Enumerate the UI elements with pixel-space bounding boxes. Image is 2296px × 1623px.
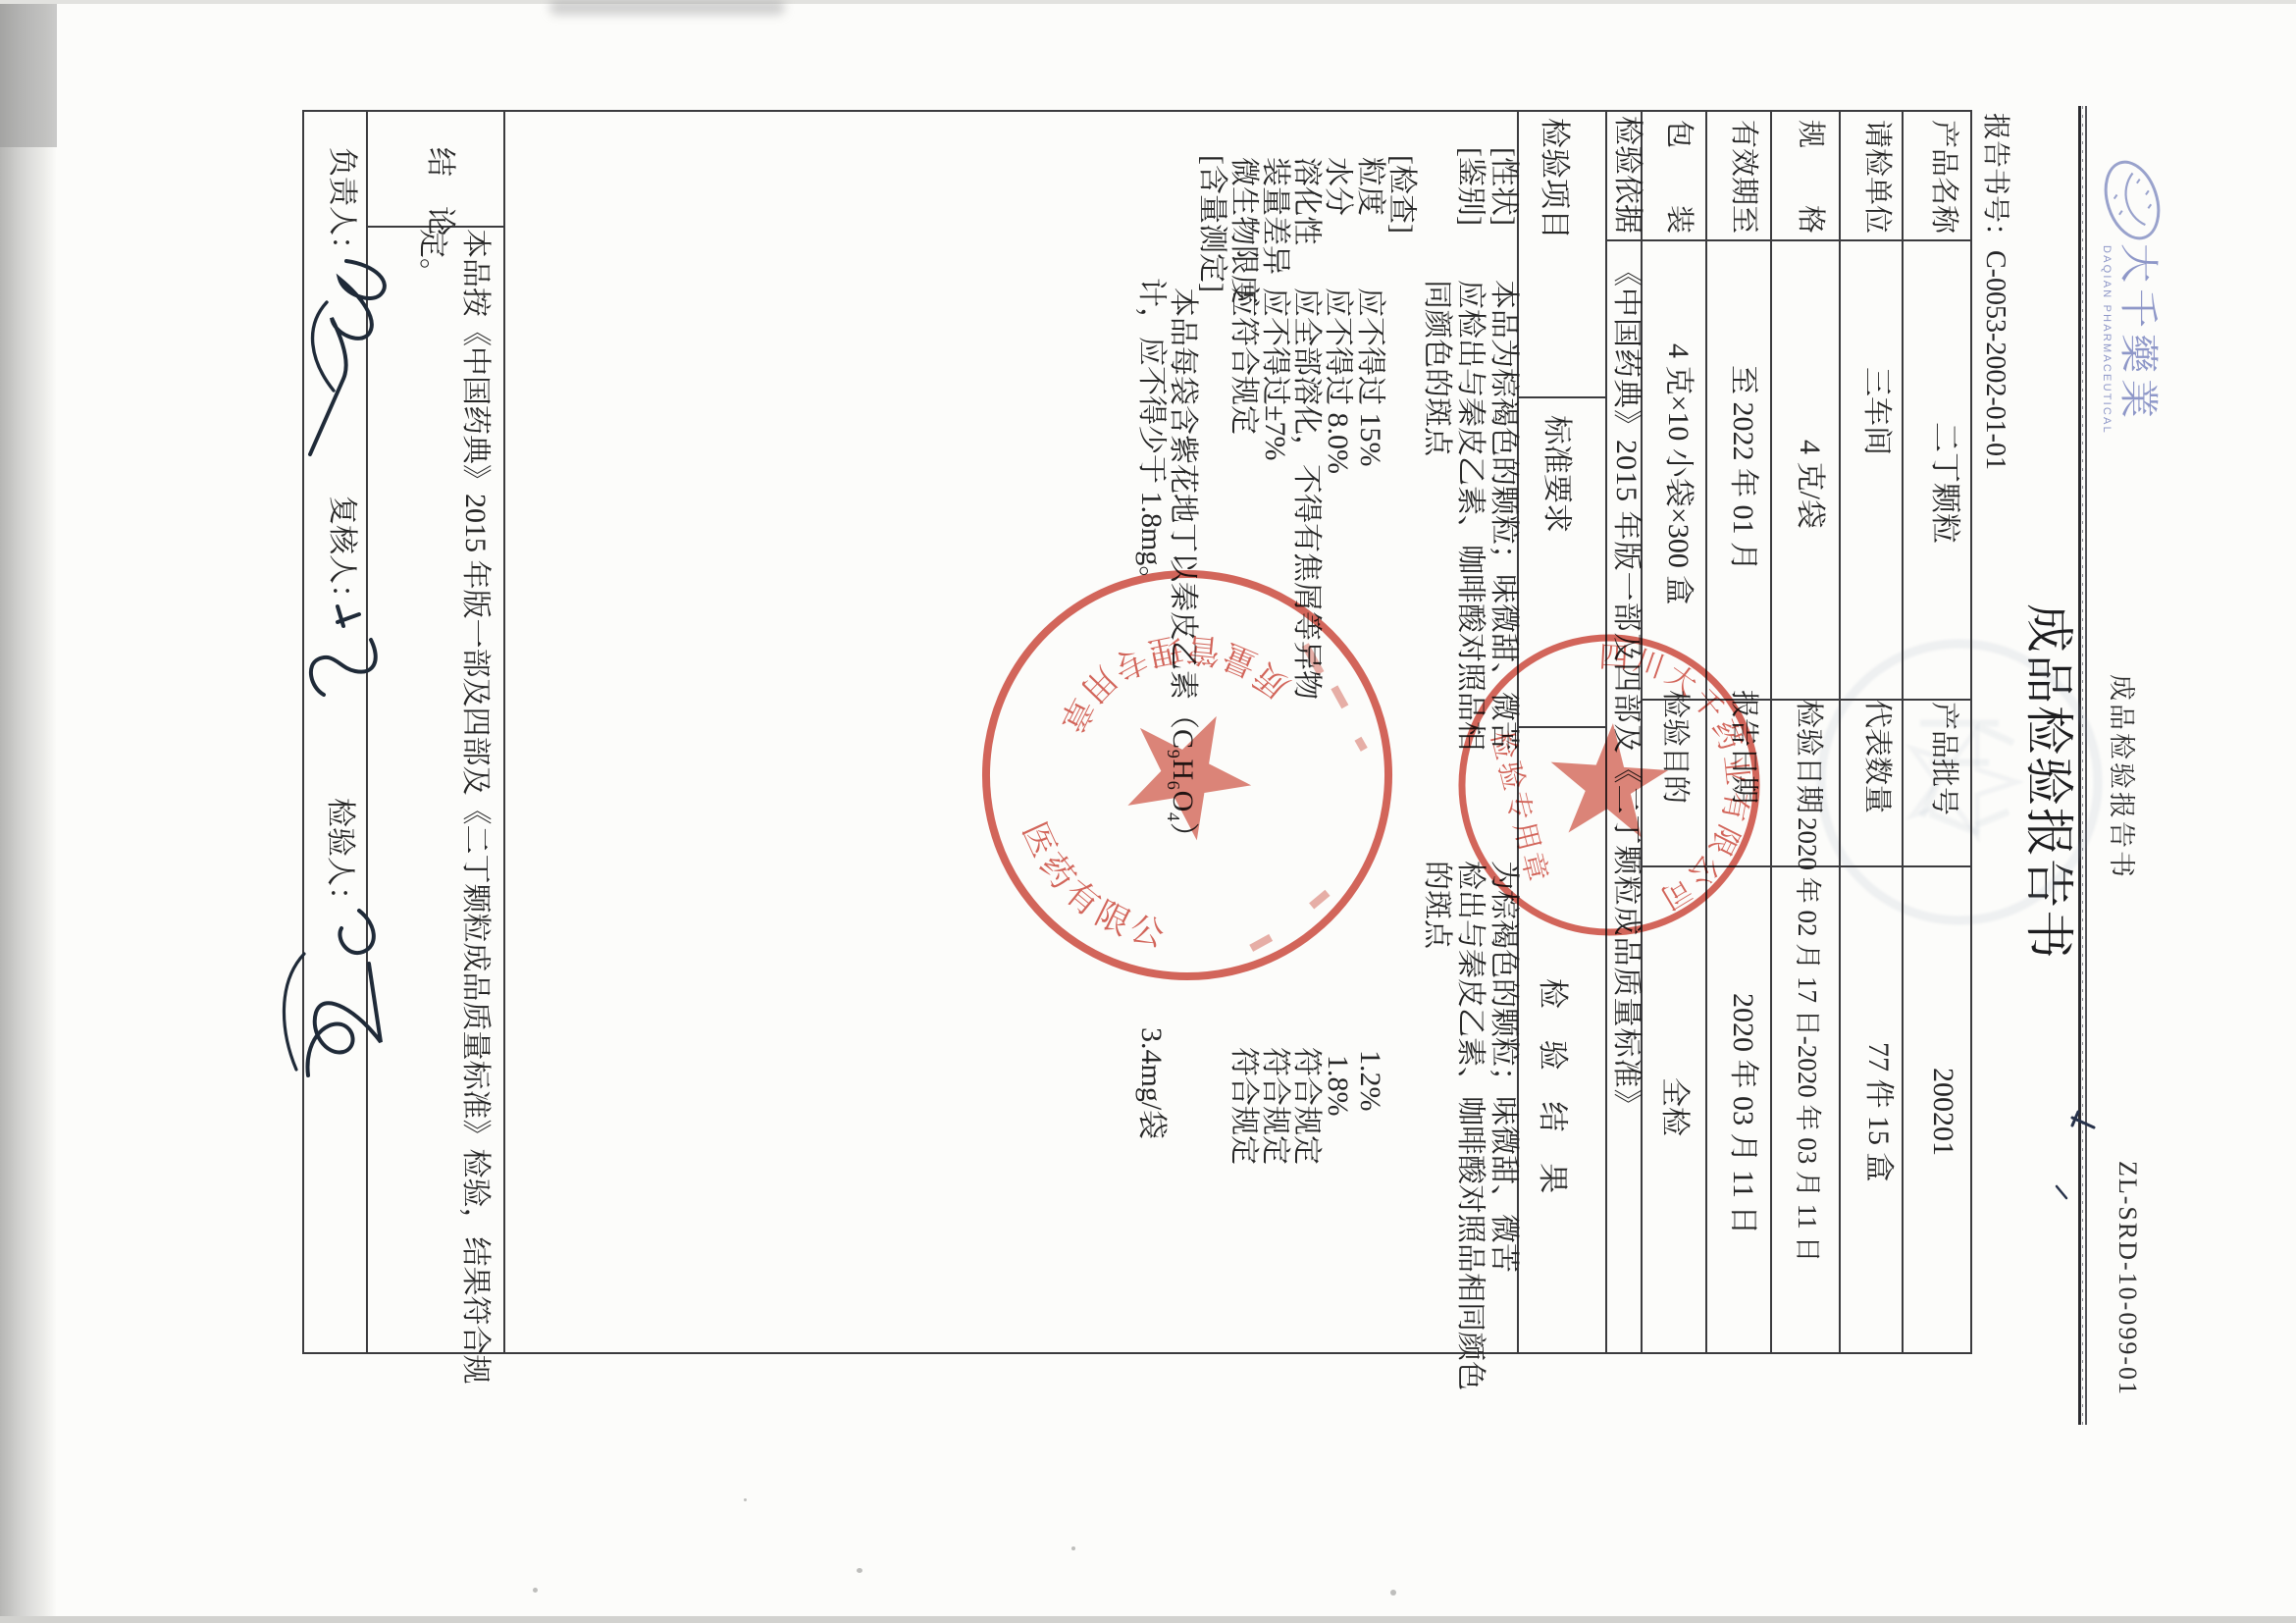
report-number: 报告书号：C-0053-2002-01-01 bbox=[1981, 113, 2009, 470]
info-value: 三车间 bbox=[1861, 367, 1893, 455]
conclusion-label: 结 论 bbox=[425, 147, 456, 236]
scan-edge-bottom bbox=[0, 1616, 2296, 1623]
info-value: 2020 年 02 月 17 日-2020 年 03 月 11 日 bbox=[1794, 817, 1821, 1263]
info-label: 规 格 bbox=[1796, 120, 1825, 234]
dust-speck bbox=[1071, 1546, 1075, 1550]
spec-standard: 应不得过 8.0% bbox=[1323, 288, 1354, 474]
logo-bean-icon bbox=[2094, 153, 2170, 247]
info-value: 至 2022 年 01 月 bbox=[1728, 365, 1759, 571]
spec-standard: 本品每袋含紫花地丁以秦皮乙素（C₉H₆O₄） bbox=[1168, 288, 1199, 852]
info-value: 200201 bbox=[1928, 1068, 1959, 1156]
column-header-result: 检 验 结 果 bbox=[1536, 978, 1568, 1205]
info-value: 4 克/袋 bbox=[1795, 440, 1826, 529]
spec-item: 装量差异 bbox=[1260, 157, 1291, 275]
reviewer-label: 复核人： bbox=[327, 496, 358, 613]
info-label: 包 装 bbox=[1664, 120, 1694, 234]
basis-label: 检验依据 bbox=[1612, 116, 1644, 234]
spec-result: 符合规定 bbox=[1260, 1047, 1291, 1165]
spec-item: [性状] bbox=[1488, 147, 1520, 226]
company-name-cn: 大千藥業 bbox=[2117, 243, 2159, 424]
info-value: 2020 年 03 月 11 日 bbox=[1728, 993, 1759, 1234]
spec-result: 为棕褐色的颗粒；味微甜、微苦 bbox=[1488, 861, 1520, 1273]
conclusion-text-line2: 定。 bbox=[417, 229, 448, 288]
spec-result: 符合规定 bbox=[1291, 1047, 1323, 1165]
dust-speck bbox=[857, 1568, 862, 1573]
spec-standard: 本品为棕褐色的颗粒；味微甜、微苦 bbox=[1488, 280, 1520, 751]
spec-result: 1.2% bbox=[1355, 1050, 1386, 1112]
basis-value: 《中国药典》2015 年版一部及四部及《二丁颗粒成品质量标准》 bbox=[1611, 257, 1643, 1120]
spec-item: 粒度 bbox=[1355, 157, 1386, 216]
info-label: 有效期至 bbox=[1729, 120, 1758, 234]
info-label: 报告日期 bbox=[1729, 690, 1758, 804]
inspector-signature bbox=[261, 895, 398, 1091]
spec-result: 检出与秦皮乙素、咖啡酸对照品相同颜色 bbox=[1455, 861, 1487, 1390]
spec-standard: 应不得过±7% bbox=[1260, 288, 1291, 460]
document-control-code: ZL-SRD-10-099-01 bbox=[2114, 1161, 2141, 1396]
spec-item: [鉴别] bbox=[1455, 147, 1487, 226]
scan-edge-shadow bbox=[0, 0, 57, 1623]
spec-item: 微生物限度 bbox=[1228, 157, 1260, 304]
spec-standard: 同颜色的斑点 bbox=[1422, 280, 1453, 456]
info-value: 全检 bbox=[1659, 1077, 1691, 1136]
pen-tick-marks bbox=[2049, 1104, 2108, 1222]
running-title: 成品检验报告书 bbox=[2108, 674, 2135, 880]
dust-speck bbox=[744, 1498, 747, 1501]
scan-corner-shadow bbox=[0, 0, 57, 147]
spec-standard: 应全部溶化，不得有焦屑等异物 bbox=[1291, 288, 1323, 700]
spec-standard: 计，应不得少于 1.8mg。 bbox=[1136, 278, 1168, 595]
scan-smudge bbox=[549, 0, 785, 15]
spec-item: 溶化性 bbox=[1291, 157, 1323, 245]
info-value: 77 件 15 盒 bbox=[1863, 1042, 1895, 1182]
info-label: 产品名称 bbox=[1929, 120, 1958, 234]
responsible-signature bbox=[287, 243, 420, 469]
spec-standard: 应不得过 15% bbox=[1355, 288, 1386, 467]
report-document: 大千藥業 DAQIAN PHARMACEUTICAL 成品检验报告书 ZL-SR… bbox=[0, 0, 2296, 1623]
info-label: 代表数量 bbox=[1862, 700, 1892, 813]
letterhead-rule bbox=[2078, 106, 2087, 1425]
info-label: 请检单位 bbox=[1862, 120, 1892, 234]
info-value: 4 克×10 小袋×300 盒 bbox=[1663, 343, 1695, 604]
column-header-standard: 标准要求 bbox=[1541, 415, 1573, 533]
dust-speck bbox=[533, 1588, 538, 1593]
page-title: 成品检验报告书 bbox=[2023, 603, 2075, 961]
info-value: 二丁颗粒 bbox=[1928, 422, 1960, 544]
column-header-item: 检验项目 bbox=[1538, 118, 1570, 239]
info-label: 检验目的 bbox=[1660, 690, 1690, 804]
scan-edge-top bbox=[0, 0, 2296, 4]
dust-speck bbox=[1390, 1590, 1396, 1596]
spec-standard: 应符合规定 bbox=[1228, 288, 1260, 435]
spec-result: 3.4mg/袋 bbox=[1136, 1027, 1168, 1139]
spec-standard: 应检出与秦皮乙素、咖啡酸对照品相 bbox=[1455, 280, 1487, 751]
company-name-en: DAQIAN PHARMACEUTICAL bbox=[2100, 245, 2112, 435]
spec-item: 水分 bbox=[1323, 157, 1354, 216]
scanned-report-page: 大千藥業 DAQIAN PHARMACEUTICAL 成品检验报告书 ZL-SR… bbox=[0, 0, 2296, 1623]
spec-result: 的斑点 bbox=[1422, 861, 1453, 949]
reviewer-signature bbox=[295, 601, 389, 728]
spec-item: [含量测定] bbox=[1197, 155, 1228, 292]
spec-result: 符合规定 bbox=[1228, 1047, 1260, 1165]
spec-result: 1.8% bbox=[1323, 1055, 1354, 1117]
spec-item: [检查] bbox=[1386, 155, 1418, 234]
conclusion-text-line1: 本品按《中国药典》2015 年版一部及四部及《二丁颗粒成品质量标准》检验，结果符… bbox=[460, 229, 492, 1385]
info-label: 产品批号 bbox=[1929, 702, 1958, 815]
info-label: 检验日期 bbox=[1794, 700, 1823, 813]
